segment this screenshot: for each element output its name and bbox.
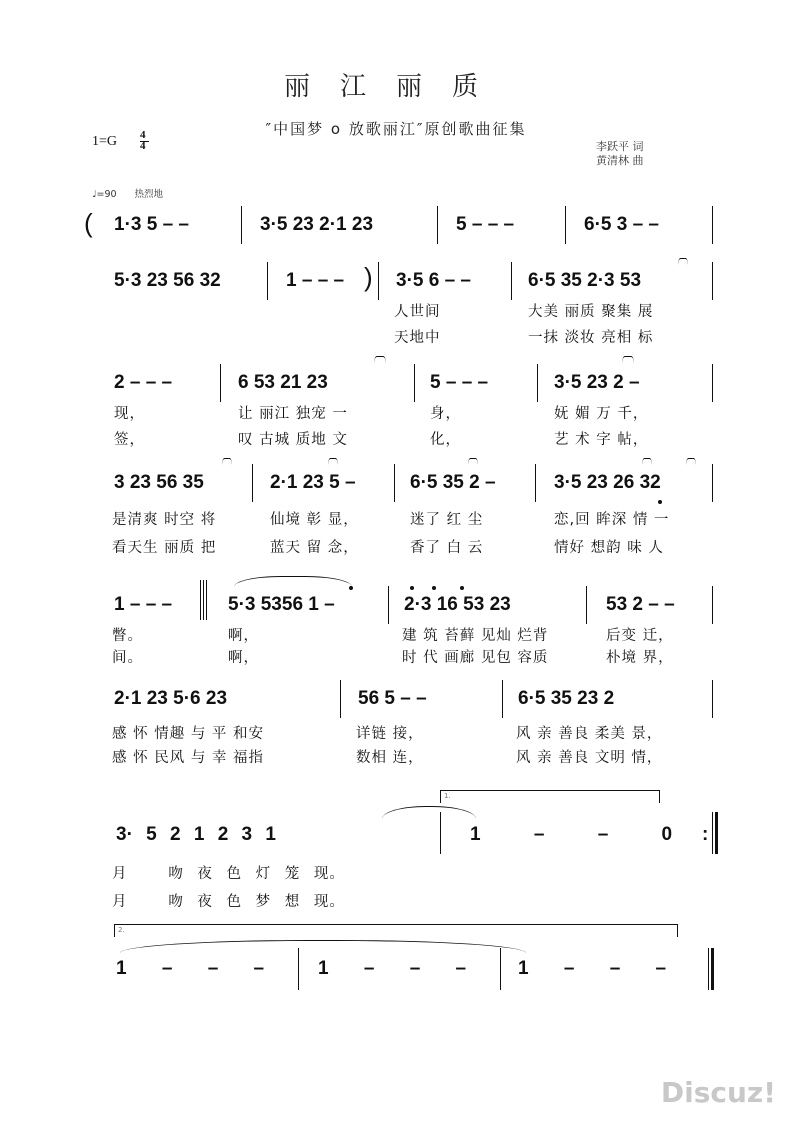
lyrics-verse2: 艺 术 字 帖， [554, 428, 648, 449]
measure-8: 6·5 35 2·3 53 [528, 270, 641, 292]
barline [712, 364, 713, 402]
lyrics-verse2: 间。 [112, 646, 143, 667]
lyrics-verse1: 啊， [228, 624, 259, 645]
measure-5: 5·3 23 56 32 [114, 270, 221, 292]
barline [586, 586, 587, 624]
lyrics-verse1: 人世间 [394, 300, 441, 321]
lyricist: 李跃平 词 [596, 140, 644, 154]
barline [388, 586, 389, 624]
lyrics-verse1: 身， [430, 402, 461, 423]
repeat-barline-thin [200, 580, 201, 620]
measure-6: 1 – – – [286, 270, 344, 292]
measure-28: 1 – – – [518, 958, 666, 980]
high-octave-dot [349, 586, 353, 590]
tempo-value: ♩=90 [92, 189, 117, 200]
close-parenthesis: ) [364, 262, 373, 293]
measure-23: 6·5 35 23 2 [518, 688, 614, 710]
final-barline-thin [708, 948, 709, 990]
measure-17: 1 – – – [114, 594, 172, 616]
open-parenthesis: ( [84, 208, 93, 239]
measure-10: 6 53 21 23 [238, 372, 328, 394]
measure-24: 3· 5 2 1 2 3 1 [116, 824, 276, 846]
high-octave-dot [460, 586, 464, 590]
measure-15: 6·5 35 2 – [410, 472, 496, 494]
lyrics-verse1: 现， [114, 402, 145, 423]
barline [712, 464, 713, 502]
measure-13: 3 23 56 35 [114, 472, 204, 494]
lyrics-verse1: 感 怀 情趣 与 平 和安 [112, 722, 264, 743]
repeat-end-dots: : [702, 824, 708, 846]
lyrics-verse1: 建 筑 苔藓 见灿 烂背 [402, 624, 548, 645]
barline [394, 464, 395, 502]
barline [565, 206, 566, 244]
slur [642, 458, 652, 465]
barline [535, 464, 536, 502]
barline [414, 364, 415, 402]
high-octave-dot [432, 586, 436, 590]
lyrics-verse2: 一抹 淡妆 亮相 标 [528, 326, 653, 347]
credits: 李跃平 词 黄清林 曲 [596, 140, 644, 168]
barline [511, 262, 512, 300]
barline [437, 206, 438, 244]
lyrics-verse1: 大美 丽质 聚集 展 [528, 300, 653, 321]
measure-12: 3·5 23 2 – [554, 372, 640, 394]
lyrics-verse2: 朴境 界， [606, 646, 674, 667]
barline [267, 262, 268, 300]
tie [382, 806, 476, 819]
song-title: 丽江丽质 [0, 66, 792, 103]
lyrics-verse2: 天地中 [394, 326, 441, 347]
lyrics-verse2: 蓝天 留 念， [270, 536, 359, 557]
barline [252, 464, 253, 502]
lyrics-verse2: 签， [114, 428, 145, 449]
expression-marking: 热烈地 [135, 189, 164, 200]
measure-2: 3·5 23 2·1 23 [260, 214, 373, 236]
lyrics-verse1: 月 吻 夜 色 灯 笼 现。 [112, 862, 345, 883]
slur [686, 458, 696, 465]
measure-11: 5 – – – [430, 372, 488, 394]
measure-18: 5·3 5356 1 – [228, 594, 335, 616]
composer: 黄清林 曲 [596, 154, 644, 168]
lyrics-verse2: 化， [430, 428, 461, 449]
measure-22: 56 5 – – [358, 688, 427, 710]
measure-25: 1 – – 0 [470, 824, 672, 846]
slur [234, 576, 352, 587]
measure-9: 2 – – – [114, 372, 172, 394]
lyrics-verse1: 风 亲 善良 柔美 景， [516, 722, 662, 743]
slur [222, 458, 232, 465]
measure-3: 5 – – – [456, 214, 514, 236]
final-barline-thin [712, 812, 713, 854]
key-signature: 1=G [92, 134, 117, 150]
lyrics-verse2: 感 怀 民风 与 幸 福指 [112, 746, 264, 767]
lyrics-verse1: 详链 接， [356, 722, 424, 743]
repeat-barline-thin [206, 580, 207, 620]
time-signature: 4 4 [140, 130, 146, 152]
repeat-barline-thin [203, 580, 204, 620]
volta-bracket-2: 2. [114, 924, 678, 937]
barline [440, 812, 441, 854]
measure-26: 1 – – – [116, 958, 264, 980]
lyrics-verse2: 月 吻 夜 色 梦 想 现。 [112, 890, 345, 911]
measure-27: 1 – – – [318, 958, 466, 980]
barline [340, 680, 341, 718]
high-octave-dot [410, 586, 414, 590]
lyrics-verse2: 叹 古城 质地 文 [238, 428, 348, 449]
barline [712, 586, 713, 624]
slur [374, 356, 386, 363]
barline [241, 206, 242, 244]
measure-1: 1·3 5 – – [114, 214, 189, 236]
lyrics-verse1: 迷了 红 尘 [410, 508, 483, 529]
barline [712, 206, 713, 244]
measure-16: 3·5 23 26 32 [554, 472, 661, 494]
slur [468, 458, 478, 465]
measure-4: 6·5 3 – – [584, 214, 659, 236]
lyrics-verse2: 情好 想韵 味 人 [554, 536, 664, 557]
barline [712, 262, 713, 300]
barline [298, 948, 299, 990]
measure-21: 2·1 23 5·6 23 [114, 688, 227, 710]
slur [678, 258, 688, 265]
barline [712, 680, 713, 718]
lyrics-verse1: 是清爽 时空 将 [112, 508, 216, 529]
slur [328, 458, 338, 465]
measure-19: 2·3 16 53 23 [404, 594, 511, 616]
lyrics-verse1: 妩 媚 万 千， [554, 402, 648, 423]
barline [537, 364, 538, 402]
lyrics-verse2: 风 亲 善良 文明 情， [516, 746, 662, 767]
measure-20: 53 2 – – [606, 594, 675, 616]
tie [120, 940, 526, 953]
lyrics-verse1: 瞥。 [112, 624, 143, 645]
final-barline-thick [715, 812, 718, 854]
volta-bracket-1: 1. [440, 790, 660, 803]
lyrics-verse2: 时 代 画廊 见包 容质 [402, 646, 548, 667]
barline [220, 364, 221, 402]
lyrics-verse2: 看天生 丽质 把 [112, 536, 216, 557]
song-subtitle: ″中国梦 o 放歌丽江″原创歌曲征集 [0, 118, 792, 139]
barline [502, 680, 503, 718]
final-barline-thick [711, 948, 714, 990]
lyrics-verse2: 香了 白 云 [410, 536, 483, 557]
watermark: Discuz! [661, 1076, 776, 1109]
measure-14: 2·1 23 5 – [270, 472, 356, 494]
slur [622, 356, 634, 363]
low-octave-dot [658, 500, 662, 504]
lyrics-verse1: 让 丽江 独宠 一 [238, 402, 348, 423]
measure-7: 3·5 6 – – [396, 270, 471, 292]
lyrics-verse1: 仙境 彰 显， [270, 508, 359, 529]
lyrics-verse1: 后变 迁， [606, 624, 674, 645]
lyrics-verse1: 恋,回 眸深 情 一 [554, 508, 669, 529]
barline [378, 262, 379, 300]
tempo-marking: ♩=90热烈地 [92, 186, 163, 200]
barline [500, 948, 501, 990]
lyrics-verse2: 数相 连， [356, 746, 424, 767]
lyrics-verse2: 啊， [228, 646, 259, 667]
